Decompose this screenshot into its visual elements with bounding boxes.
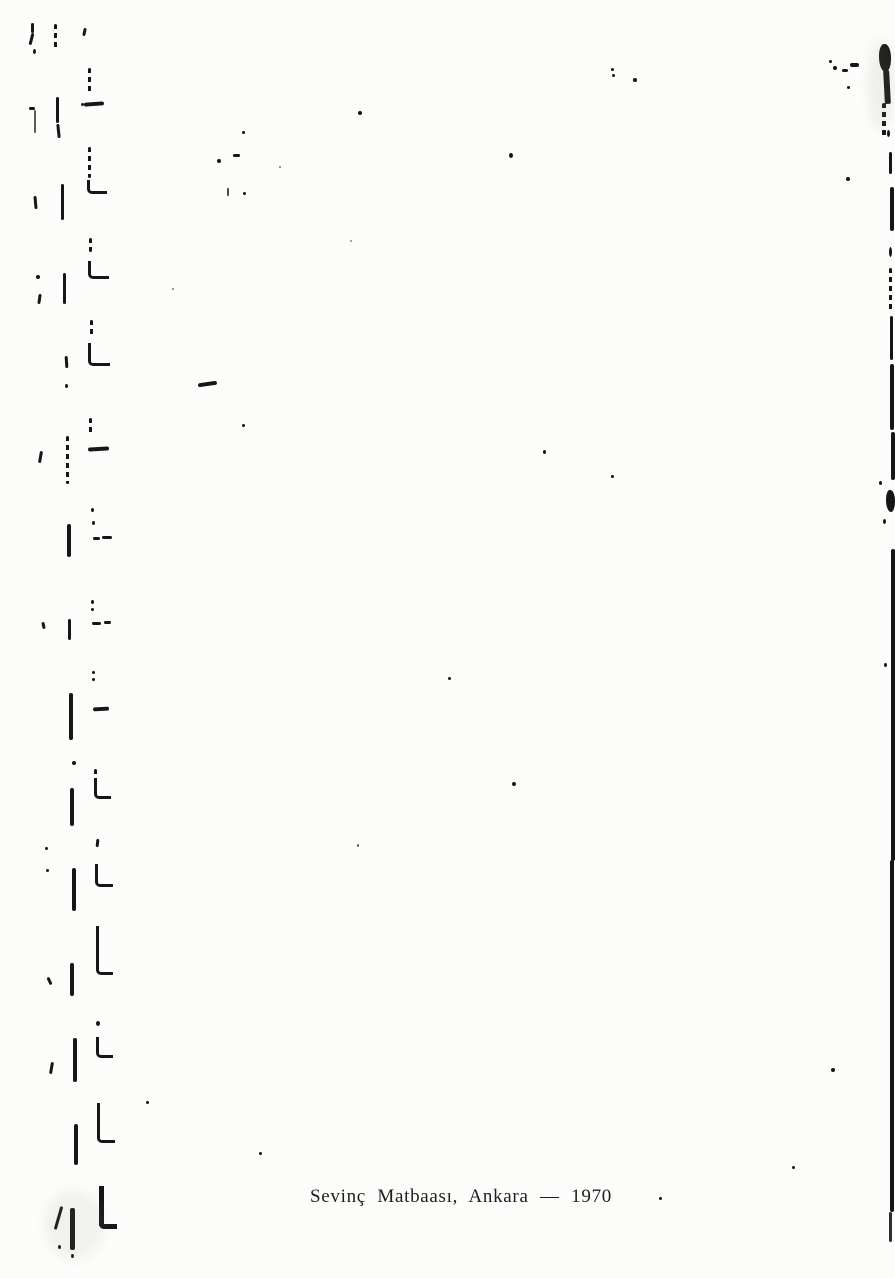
ink-mark-vdash: [89, 238, 92, 252]
ink-mark-dot: [146, 1101, 149, 1104]
ink-mark-vbar: [56, 97, 59, 123]
ink-mark-smudge: [44, 1190, 104, 1260]
ink-mark-tick: [37, 294, 41, 304]
ink-mark-dot: [633, 78, 637, 82]
ink-mark-l: [87, 180, 107, 194]
ink-mark-vbar: [63, 273, 66, 304]
ink-mark-dot: [92, 521, 95, 525]
ink-mark-dot: [279, 166, 281, 168]
ink-mark-vbar: [891, 549, 895, 861]
ink-mark-vdash: [889, 268, 892, 312]
ink-mark-l: [88, 261, 109, 279]
ink-mark-dot: [543, 450, 546, 454]
ink-mark-dash: [104, 621, 111, 624]
ink-mark-dot: [846, 177, 850, 181]
ink-mark-tick: [33, 196, 37, 209]
ink-mark-dot: [833, 66, 837, 70]
ink-mark-dash: [198, 381, 217, 388]
ink-mark-tick: [31, 23, 34, 33]
ink-mark-blob: [886, 490, 895, 512]
ink-mark-vbar: [74, 1124, 78, 1165]
ink-mark-dot: [91, 600, 94, 604]
ink-mark-dot: [91, 608, 94, 611]
ink-mark-dot: [611, 475, 614, 478]
ink-mark-dot: [884, 663, 887, 667]
ink-mark-vbar: [890, 316, 893, 360]
ink-mark-vbar: [889, 1212, 892, 1242]
ink-mark-dash: [102, 536, 112, 539]
imprint-text: Sevinç Matbaası, Ankara — 1970: [310, 1185, 612, 1209]
ink-mark-vbar: [67, 524, 71, 557]
ink-mark-dot: [358, 111, 362, 115]
ink-mark-vbar: [73, 1038, 77, 1082]
ink-mark-dot: [242, 131, 245, 134]
ink-mark-dot: [65, 384, 68, 388]
ink-mark-vbar: [61, 184, 64, 220]
ink-mark-tick: [96, 839, 100, 847]
ink-mark-vbar: [72, 868, 76, 911]
ink-mark-vbar: [70, 963, 74, 996]
ink-mark-l: [88, 343, 110, 366]
ink-mark-dot: [889, 247, 892, 257]
ink-mark-dot: [831, 1068, 835, 1072]
ink-mark-tick: [38, 451, 43, 463]
ink-mark-dot: [887, 130, 890, 137]
ink-mark-l: [97, 1103, 115, 1143]
ink-mark-dash: [88, 446, 109, 451]
ink-mark-tick: [49, 1062, 54, 1074]
ink-mark-dash: [842, 69, 848, 72]
ink-mark-dash: [84, 101, 104, 106]
scanned-page: Sevinç Matbaası, Ankara — 1970: [0, 0, 895, 1278]
ink-mark-vdash: [88, 147, 91, 178]
ink-mark-l: [96, 926, 113, 975]
ink-mark-dot: [172, 288, 174, 290]
ink-mark-dot: [792, 1166, 795, 1169]
ink-mark-smudge: [868, 40, 894, 130]
ink-mark-vdash: [66, 436, 69, 484]
ink-mark-vbar: [891, 432, 895, 480]
ink-mark-dash: [93, 537, 100, 540]
ink-mark-dot: [45, 847, 48, 850]
ink-mark-tick: [46, 977, 52, 986]
ink-mark-dot: [879, 481, 882, 485]
ink-mark-dot: [509, 153, 513, 158]
ink-mark-dot: [883, 519, 886, 524]
ink-mark-dot: [91, 508, 94, 512]
ink-mark-vbar: [70, 788, 74, 826]
ink-mark-vbar: [890, 860, 894, 1212]
ink-mark-dot: [46, 869, 49, 872]
ink-mark-dot: [829, 60, 832, 63]
ink-mark-dot: [96, 1021, 100, 1026]
ink-mark-vbar: [68, 619, 71, 640]
ink-mark-dot: [36, 275, 40, 279]
ink-mark-dot: [350, 240, 352, 242]
ink-mark-vbar: [69, 693, 73, 740]
ink-mark-vdash: [88, 68, 91, 93]
ink-mark-vbar: [890, 364, 894, 430]
ink-mark-tick: [227, 188, 229, 196]
ink-mark-dot: [243, 192, 246, 195]
ink-mark-vbar: [34, 110, 36, 133]
ink-mark-dot: [92, 678, 95, 681]
ink-mark-vbar: [890, 187, 894, 231]
ink-mark-tick: [29, 33, 35, 45]
ink-mark-dot: [259, 1152, 262, 1155]
ink-mark-dot: [92, 671, 95, 674]
ink-mark-l: [96, 1037, 113, 1058]
ink-mark-dot: [612, 74, 615, 77]
ink-mark-dot: [448, 677, 451, 680]
ink-mark-dot: [72, 761, 76, 765]
ink-mark-dash: [850, 63, 859, 67]
ink-mark-l: [95, 864, 113, 887]
ink-mark-dot: [659, 1197, 662, 1200]
ink-mark-dash: [92, 622, 101, 625]
ink-mark-tick: [41, 622, 45, 629]
ink-mark-dot: [242, 424, 245, 427]
ink-mark-vdash: [54, 24, 57, 49]
ink-mark-dash: [93, 707, 109, 712]
ink-mark-dot: [33, 49, 36, 54]
ink-mark-dot: [847, 86, 850, 89]
ink-mark-tick: [65, 356, 69, 368]
ink-mark-vbar: [889, 152, 892, 174]
ink-mark-dash: [233, 154, 240, 157]
ink-mark-dot: [217, 159, 221, 163]
ink-mark-vdash: [89, 418, 92, 435]
ink-mark-dot: [611, 68, 614, 71]
ink-mark-tick: [56, 124, 60, 138]
ink-mark-dot: [512, 782, 516, 786]
ink-mark-l: [94, 780, 111, 799]
ink-mark-vdash: [90, 320, 93, 338]
ink-mark-tick: [82, 28, 87, 36]
ink-mark-dot: [357, 844, 359, 847]
